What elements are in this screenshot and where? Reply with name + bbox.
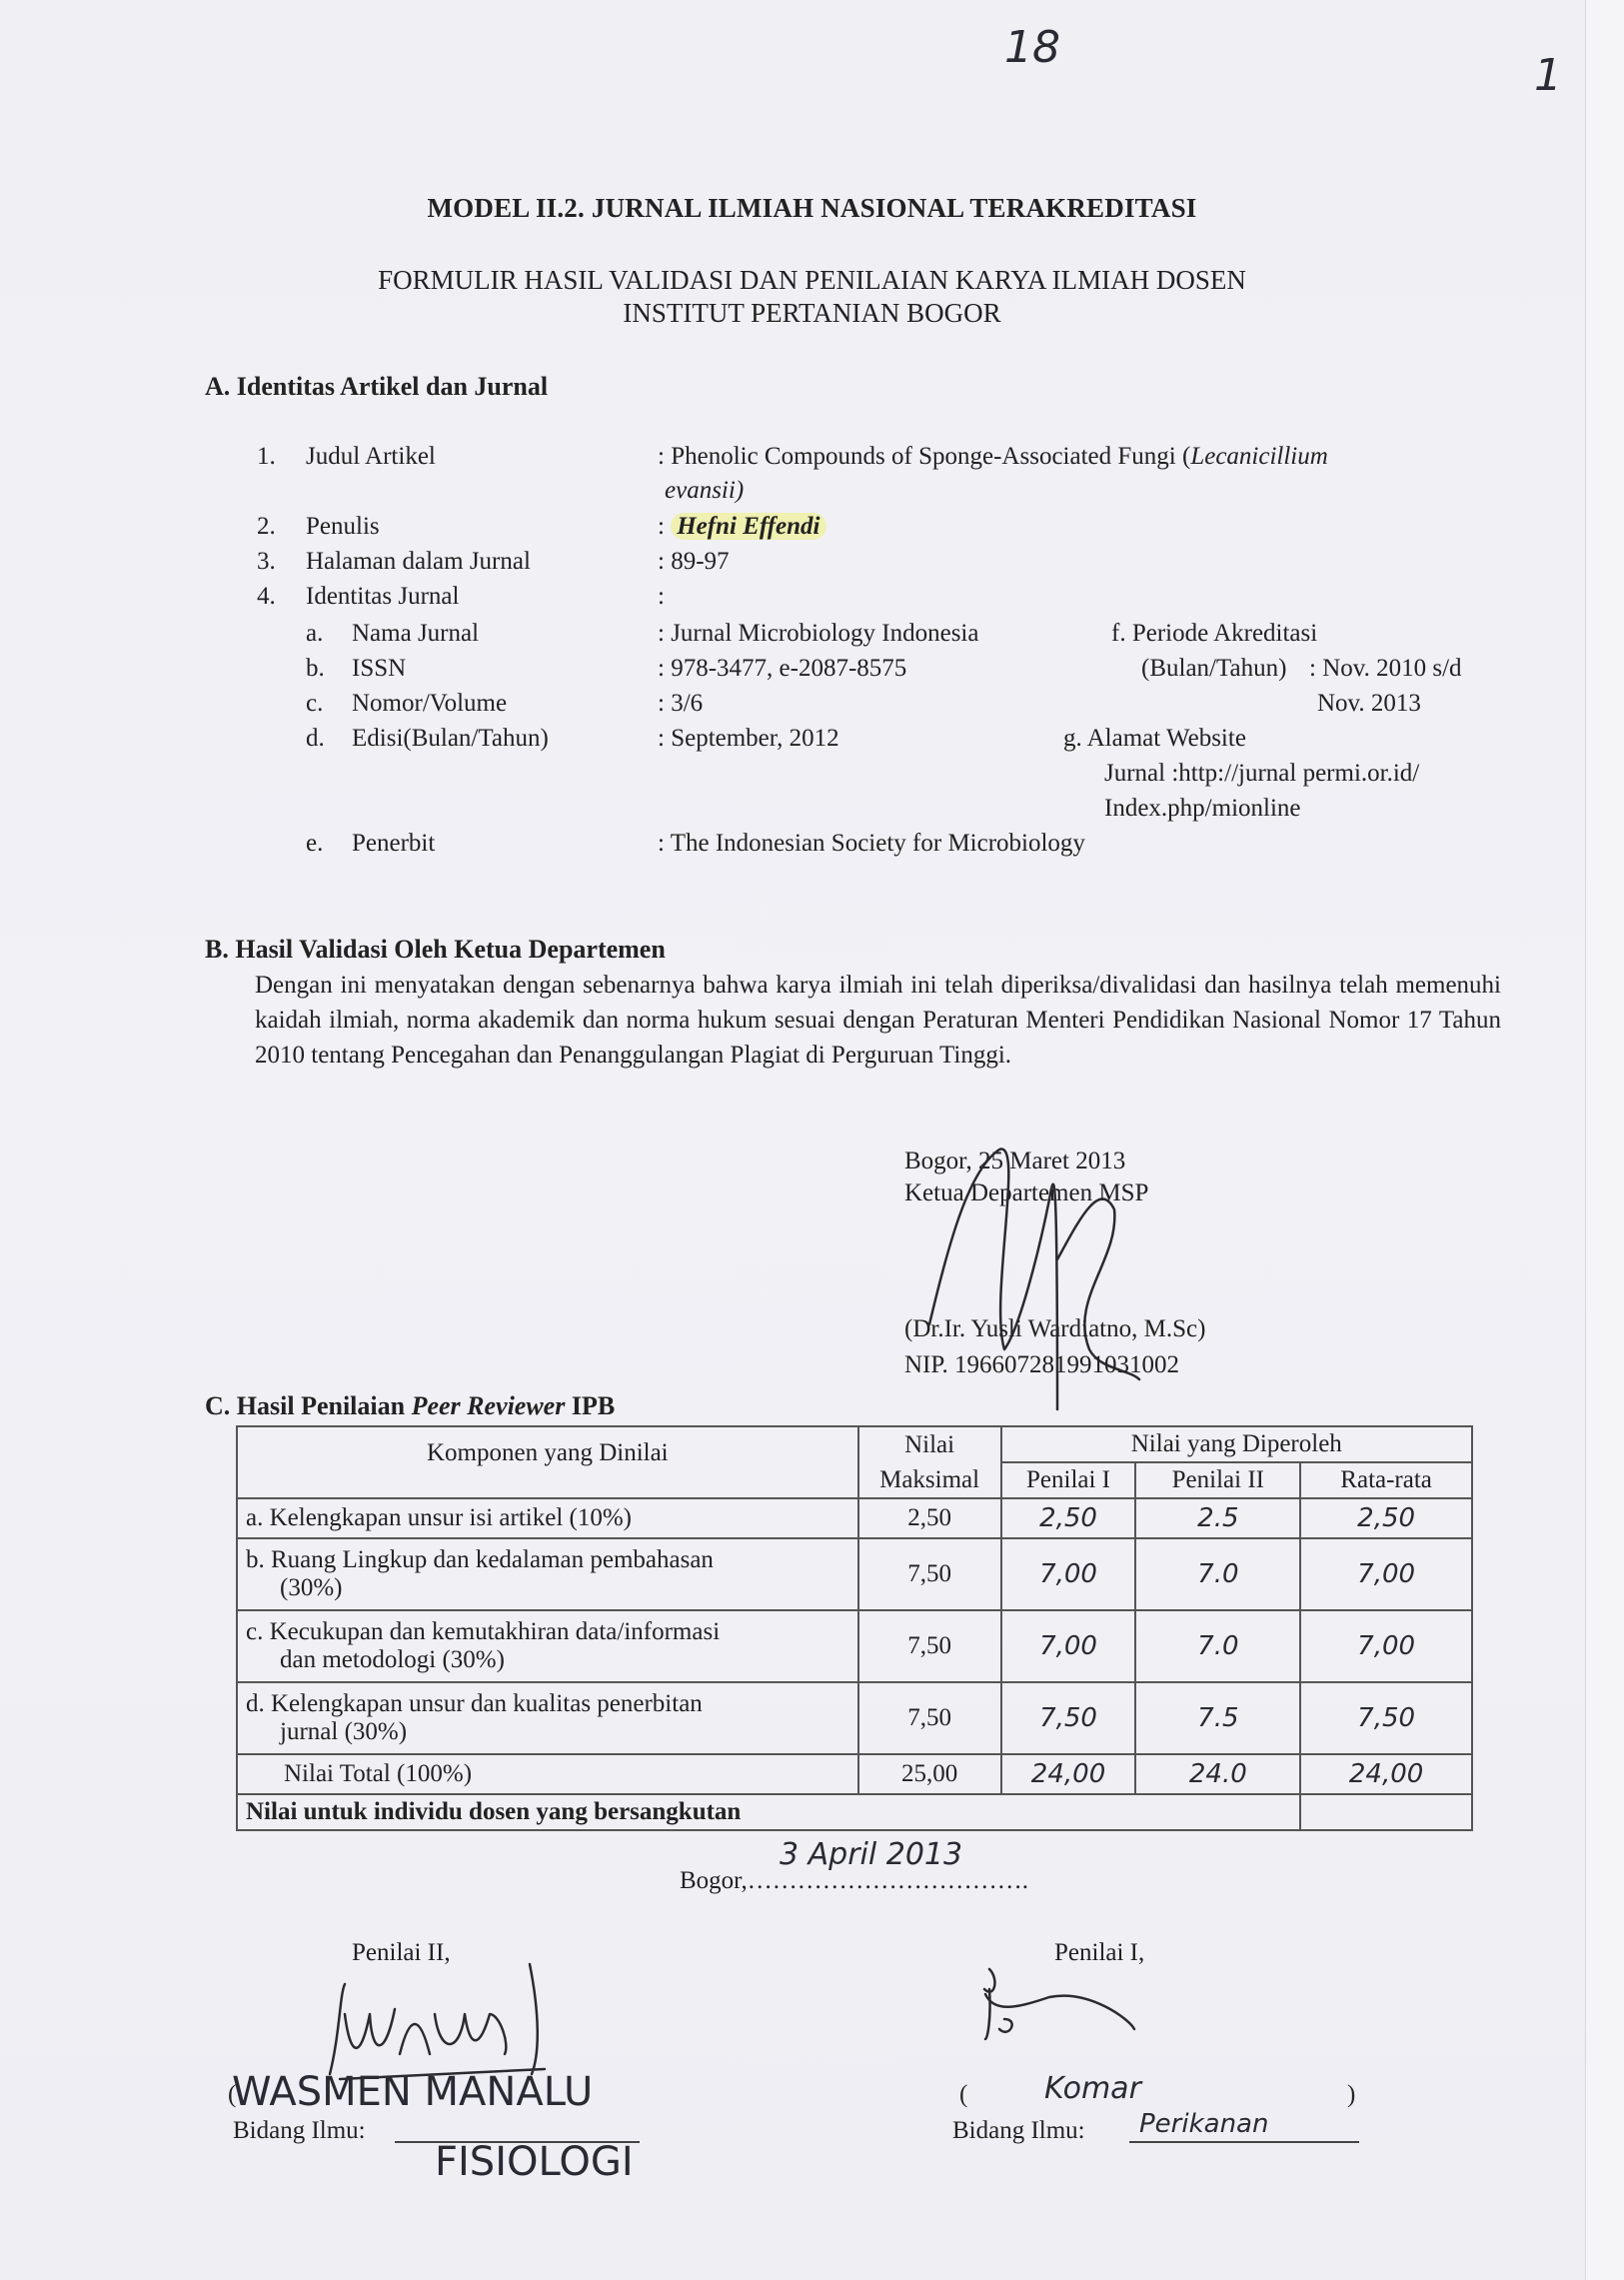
value-nama-jurnal: : Jurnal Microbiology Indonesia <box>658 620 978 648</box>
average-score: 2,50 <box>1300 1498 1472 1538</box>
table-header-row: Komponen yang Dinilai Nilai Nilai yang D… <box>237 1426 1472 1462</box>
total-reviewer2: 24.0 <box>1135 1754 1300 1794</box>
total-max: 25,00 <box>858 1754 1001 1794</box>
label-nomor-volume: Nomor/Volume <box>352 690 507 718</box>
max-cell: 7,50 <box>858 1538 1001 1610</box>
handwritten-corner-mark: 1 <box>1534 50 1562 101</box>
component-text: b. Ruang Lingkup dan kedalaman pembahasa… <box>246 1546 849 1574</box>
reviewer2-handwritten-field: FISIOLOGI <box>435 2139 634 2185</box>
reviewer2-score: 2.5 <box>1135 1498 1300 1538</box>
value-identitas-jurnal: : <box>658 583 665 611</box>
paper-edge <box>1585 0 1624 2280</box>
table-row: a. Kelengkapan unsur isi artikel (10%) 2… <box>237 1498 1472 1538</box>
component-text-line2: dan metodologi (30%) <box>246 1646 849 1674</box>
header-obtained: Nilai yang Diperoleh <box>1001 1426 1472 1462</box>
item-number: 4. <box>257 583 276 611</box>
total-label: Nilai Total (100%) <box>237 1754 858 1794</box>
value-penerbit: : The Indonesian Society for Microbiolog… <box>658 830 1085 858</box>
component-text: d. Kelengkapan unsur dan kualitas penerb… <box>246 1690 849 1718</box>
journal-letter: d. <box>306 725 325 753</box>
reviewer1-score: 7,00 <box>1001 1610 1136 1682</box>
value-edisi: : September, 2012 <box>658 725 839 753</box>
item-number: 3. <box>257 548 276 576</box>
individual-value <box>1300 1794 1472 1830</box>
label-alamat-website: g. Alamat Website <box>1063 725 1246 753</box>
value-judul-artikel: : Phenolic Compounds of Sponge-Associate… <box>658 443 1328 471</box>
reviewer2-field-label: Bidang Ilmu: <box>233 2117 366 2145</box>
reviewer2-handwritten-name: WASMEN MANALU <box>232 2069 593 2115</box>
value-nomor-volume: : 3/6 <box>658 690 703 718</box>
institution-name: INSTITUT PERTANIAN BOGOR <box>0 298 1624 329</box>
model-title: MODEL II.2. JURNAL ILMIAH NASIONAL TERAK… <box>0 193 1624 224</box>
value-penulis: : Hefni Effendi <box>658 513 826 541</box>
journal-letter: e. <box>306 830 323 858</box>
max-cell: 2,50 <box>858 1498 1001 1538</box>
reviewer1-score: 7,50 <box>1001 1682 1136 1754</box>
header-reviewer1: Penilai I <box>1001 1462 1136 1498</box>
section-c-heading-suffix: IPB <box>565 1391 615 1420</box>
value-issn: : 978-3477, e-2087-8575 <box>658 655 906 683</box>
section-b-heading: B. Hasil Validasi Oleh Ketua Departemen <box>205 935 666 965</box>
table-row: c. Kecukupan dan kemutakhiran data/infor… <box>237 1610 1472 1682</box>
label-judul-artikel: Judul Artikel <box>306 443 436 471</box>
reviewer1-signature <box>979 1959 1279 2079</box>
label-issn: ISSN <box>352 655 406 683</box>
header-average: Rata-rata <box>1300 1462 1472 1498</box>
label-penulis: Penulis <box>306 513 380 541</box>
document-page: 18 1 MODEL II.2. JURNAL ILMIAH NASIONAL … <box>0 0 1624 2280</box>
component-text-line2: jurnal (30%) <box>246 1718 849 1746</box>
handwritten-page-number: 18 <box>1004 22 1060 73</box>
validation-statement: Dengan ini menyatakan dengan sebenarnya … <box>255 968 1501 1073</box>
author-name-highlighted: Hefni Effendi <box>671 513 825 540</box>
max-cell: 7,50 <box>858 1682 1001 1754</box>
reviewer1-paren-open: ( <box>959 2081 967 2109</box>
component-cell: d. Kelengkapan unsur dan kualitas penerb… <box>237 1682 858 1754</box>
reviewer2-score: 7.5 <box>1135 1682 1300 1754</box>
label-edisi: Edisi(Bulan/Tahun) <box>352 725 549 753</box>
label-identitas-jurnal: Identitas Jurnal <box>306 583 459 611</box>
average-score: 7,00 <box>1300 1538 1472 1610</box>
label-bulan-tahun: (Bulan/Tahun) <box>1141 655 1286 683</box>
reviewer1-field-line <box>1129 2141 1359 2143</box>
component-text-line2: (30%) <box>246 1574 849 1602</box>
component-cell: b. Ruang Lingkup dan kedalaman pembahasa… <box>237 1538 858 1610</box>
article-title-italic: Lecanicillium <box>1190 443 1327 470</box>
journal-letter: a. <box>306 620 323 648</box>
table-row: d. Kelengkapan unsur dan kualitas penerb… <box>237 1682 1472 1754</box>
reviewer1-score: 7,00 <box>1001 1538 1136 1610</box>
total-average: 24,00 <box>1300 1754 1472 1794</box>
header-component: Komponen yang Dinilai <box>237 1426 858 1498</box>
label-halaman: Halaman dalam Jurnal <box>306 548 531 576</box>
section-c-heading-text: C. Hasil Penilaian <box>205 1391 412 1420</box>
component-text: c. Kecukupan dan kemutakhiran data/infor… <box>246 1618 849 1646</box>
total-row: Nilai Total (100%) 25,00 24,00 24.0 24,0… <box>237 1754 1472 1794</box>
reviewer2-paren-open: ( <box>228 2081 236 2109</box>
value-akreditasi-end: Nov. 2013 <box>1317 690 1421 718</box>
item-number: 1. <box>257 443 276 471</box>
component-cell: a. Kelengkapan unsur isi artikel (10%) <box>237 1498 858 1538</box>
label-penerbit: Penerbit <box>352 830 435 858</box>
article-title-text: : Phenolic Compounds of Sponge-Associate… <box>658 443 1190 470</box>
handwritten-review-date: 3 April 2013 <box>780 1837 962 1872</box>
reviewer1-handwritten-name: Komar <box>1044 2071 1141 2106</box>
section-c-heading-italic: Peer Reviewer <box>412 1391 566 1420</box>
item-number: 2. <box>257 513 276 541</box>
reviewer1-paren-close: ) <box>1347 2081 1355 2109</box>
table-row: b. Ruang Lingkup dan kedalaman pembahasa… <box>237 1538 1472 1610</box>
form-title: FORMULIR HASIL VALIDASI DAN PENILAIAN KA… <box>0 265 1624 296</box>
header-max-line1: Nilai <box>858 1426 1001 1462</box>
max-cell: 7,50 <box>858 1610 1001 1682</box>
individual-label: Nilai untuk individu dosen yang bersangk… <box>237 1794 1300 1830</box>
reviewer1-handwritten-field: Perikanan <box>1139 2109 1268 2139</box>
validator-name: (Dr.Ir. Yusli Wardiatno, M.Sc) <box>904 1315 1205 1343</box>
reviewer1-score: 2,50 <box>1001 1498 1136 1538</box>
label-nama-jurnal: Nama Jurnal <box>352 620 479 648</box>
value-judul-artikel-line2: evansii) <box>665 477 744 505</box>
journal-letter: c. <box>306 690 323 718</box>
total-reviewer1: 24,00 <box>1001 1754 1136 1794</box>
reviewer2-signature <box>300 1954 600 2084</box>
value-website-line1: Jurnal :http://jurnal permi.or.id/ <box>1104 760 1419 788</box>
section-a-heading: A. Identitas Artikel dan Jurnal <box>205 372 548 402</box>
reviewer2-name-text: WASMEN MANALU <box>232 2069 593 2115</box>
value-akreditasi-start: : Nov. 2010 s/d <box>1309 655 1462 683</box>
journal-letter: b. <box>306 655 325 683</box>
component-text: a. Kelengkapan unsur isi artikel (10%) <box>246 1504 849 1532</box>
header-max-line2: Maksimal <box>858 1462 1001 1498</box>
peer-review-score-table: Komponen yang Dinilai Nilai Nilai yang D… <box>236 1425 1473 1831</box>
average-score: 7,50 <box>1300 1682 1472 1754</box>
component-cell: c. Kecukupan dan kemutakhiran data/infor… <box>237 1610 858 1682</box>
reviewer2-score: 7.0 <box>1135 1610 1300 1682</box>
average-score: 7,00 <box>1300 1610 1472 1682</box>
section-c-heading: C. Hasil Penilaian Peer Reviewer IPB <box>205 1391 615 1421</box>
reviewer2-score: 7.0 <box>1135 1538 1300 1610</box>
header-reviewer2: Penilai II <box>1135 1462 1300 1498</box>
validator-nip: NIP. 196607281991031002 <box>904 1351 1179 1379</box>
label-periode-akreditasi: f. Periode Akreditasi <box>1111 620 1317 648</box>
value-website-line2: Index.php/mionline <box>1104 795 1301 823</box>
value-halaman: : 89-97 <box>658 548 730 576</box>
reviewer1-field-label: Bidang Ilmu: <box>952 2117 1085 2145</box>
individual-row: Nilai untuk individu dosen yang bersangk… <box>237 1794 1472 1830</box>
